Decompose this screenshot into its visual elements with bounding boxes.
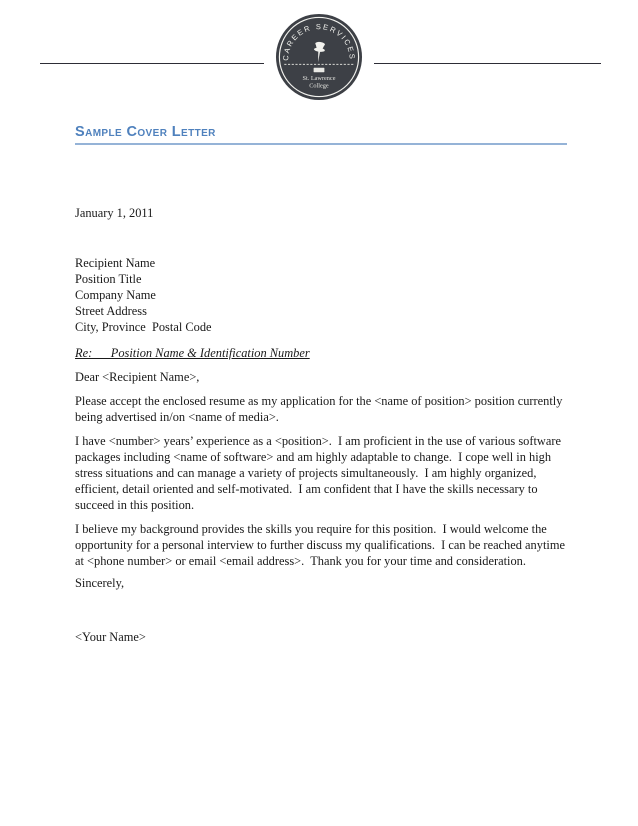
recipient-address-block: Recipient Name Position Title Company Na… bbox=[75, 255, 567, 335]
date-line: January 1, 2011 bbox=[75, 205, 567, 221]
body-paragraph-2: I have <number> years’ experience as a <… bbox=[75, 433, 567, 513]
badge-org-line2: College bbox=[309, 82, 329, 89]
re-subject-text: Re: Position Name & Identification Numbe… bbox=[75, 346, 310, 360]
cover-letter-page: CAREER SERVICES St. Lawrence College Sam… bbox=[0, 0, 638, 826]
document-heading: Sample Cover Letter bbox=[75, 124, 567, 145]
college-logo-mark bbox=[314, 68, 325, 72]
address-line-position: Position Title bbox=[75, 271, 567, 287]
body-paragraph-1: Please accept the enclosed resume as my … bbox=[75, 393, 567, 425]
signature-line: <Your Name> bbox=[75, 629, 567, 645]
badge-org-line1: St. Lawrence bbox=[303, 75, 336, 82]
address-line-company: Company Name bbox=[75, 287, 567, 303]
address-line-city: City, Province Postal Code bbox=[75, 319, 567, 335]
header-divider-left bbox=[40, 63, 264, 64]
closing-line: Sincerely, bbox=[75, 575, 567, 591]
letter-content: Sample Cover Letter January 1, 2011 Reci… bbox=[75, 124, 567, 645]
address-line-street: Street Address bbox=[75, 303, 567, 319]
career-services-badge: CAREER SERVICES St. Lawrence College bbox=[275, 13, 363, 101]
address-line-recipient: Recipient Name bbox=[75, 255, 567, 271]
header-divider-right bbox=[374, 63, 601, 64]
salutation: Dear <Recipient Name>, bbox=[75, 369, 567, 385]
body-paragraph-3: I believe my background provides the ski… bbox=[75, 521, 567, 569]
re-subject-line: Re: Position Name & Identification Numbe… bbox=[75, 345, 567, 361]
